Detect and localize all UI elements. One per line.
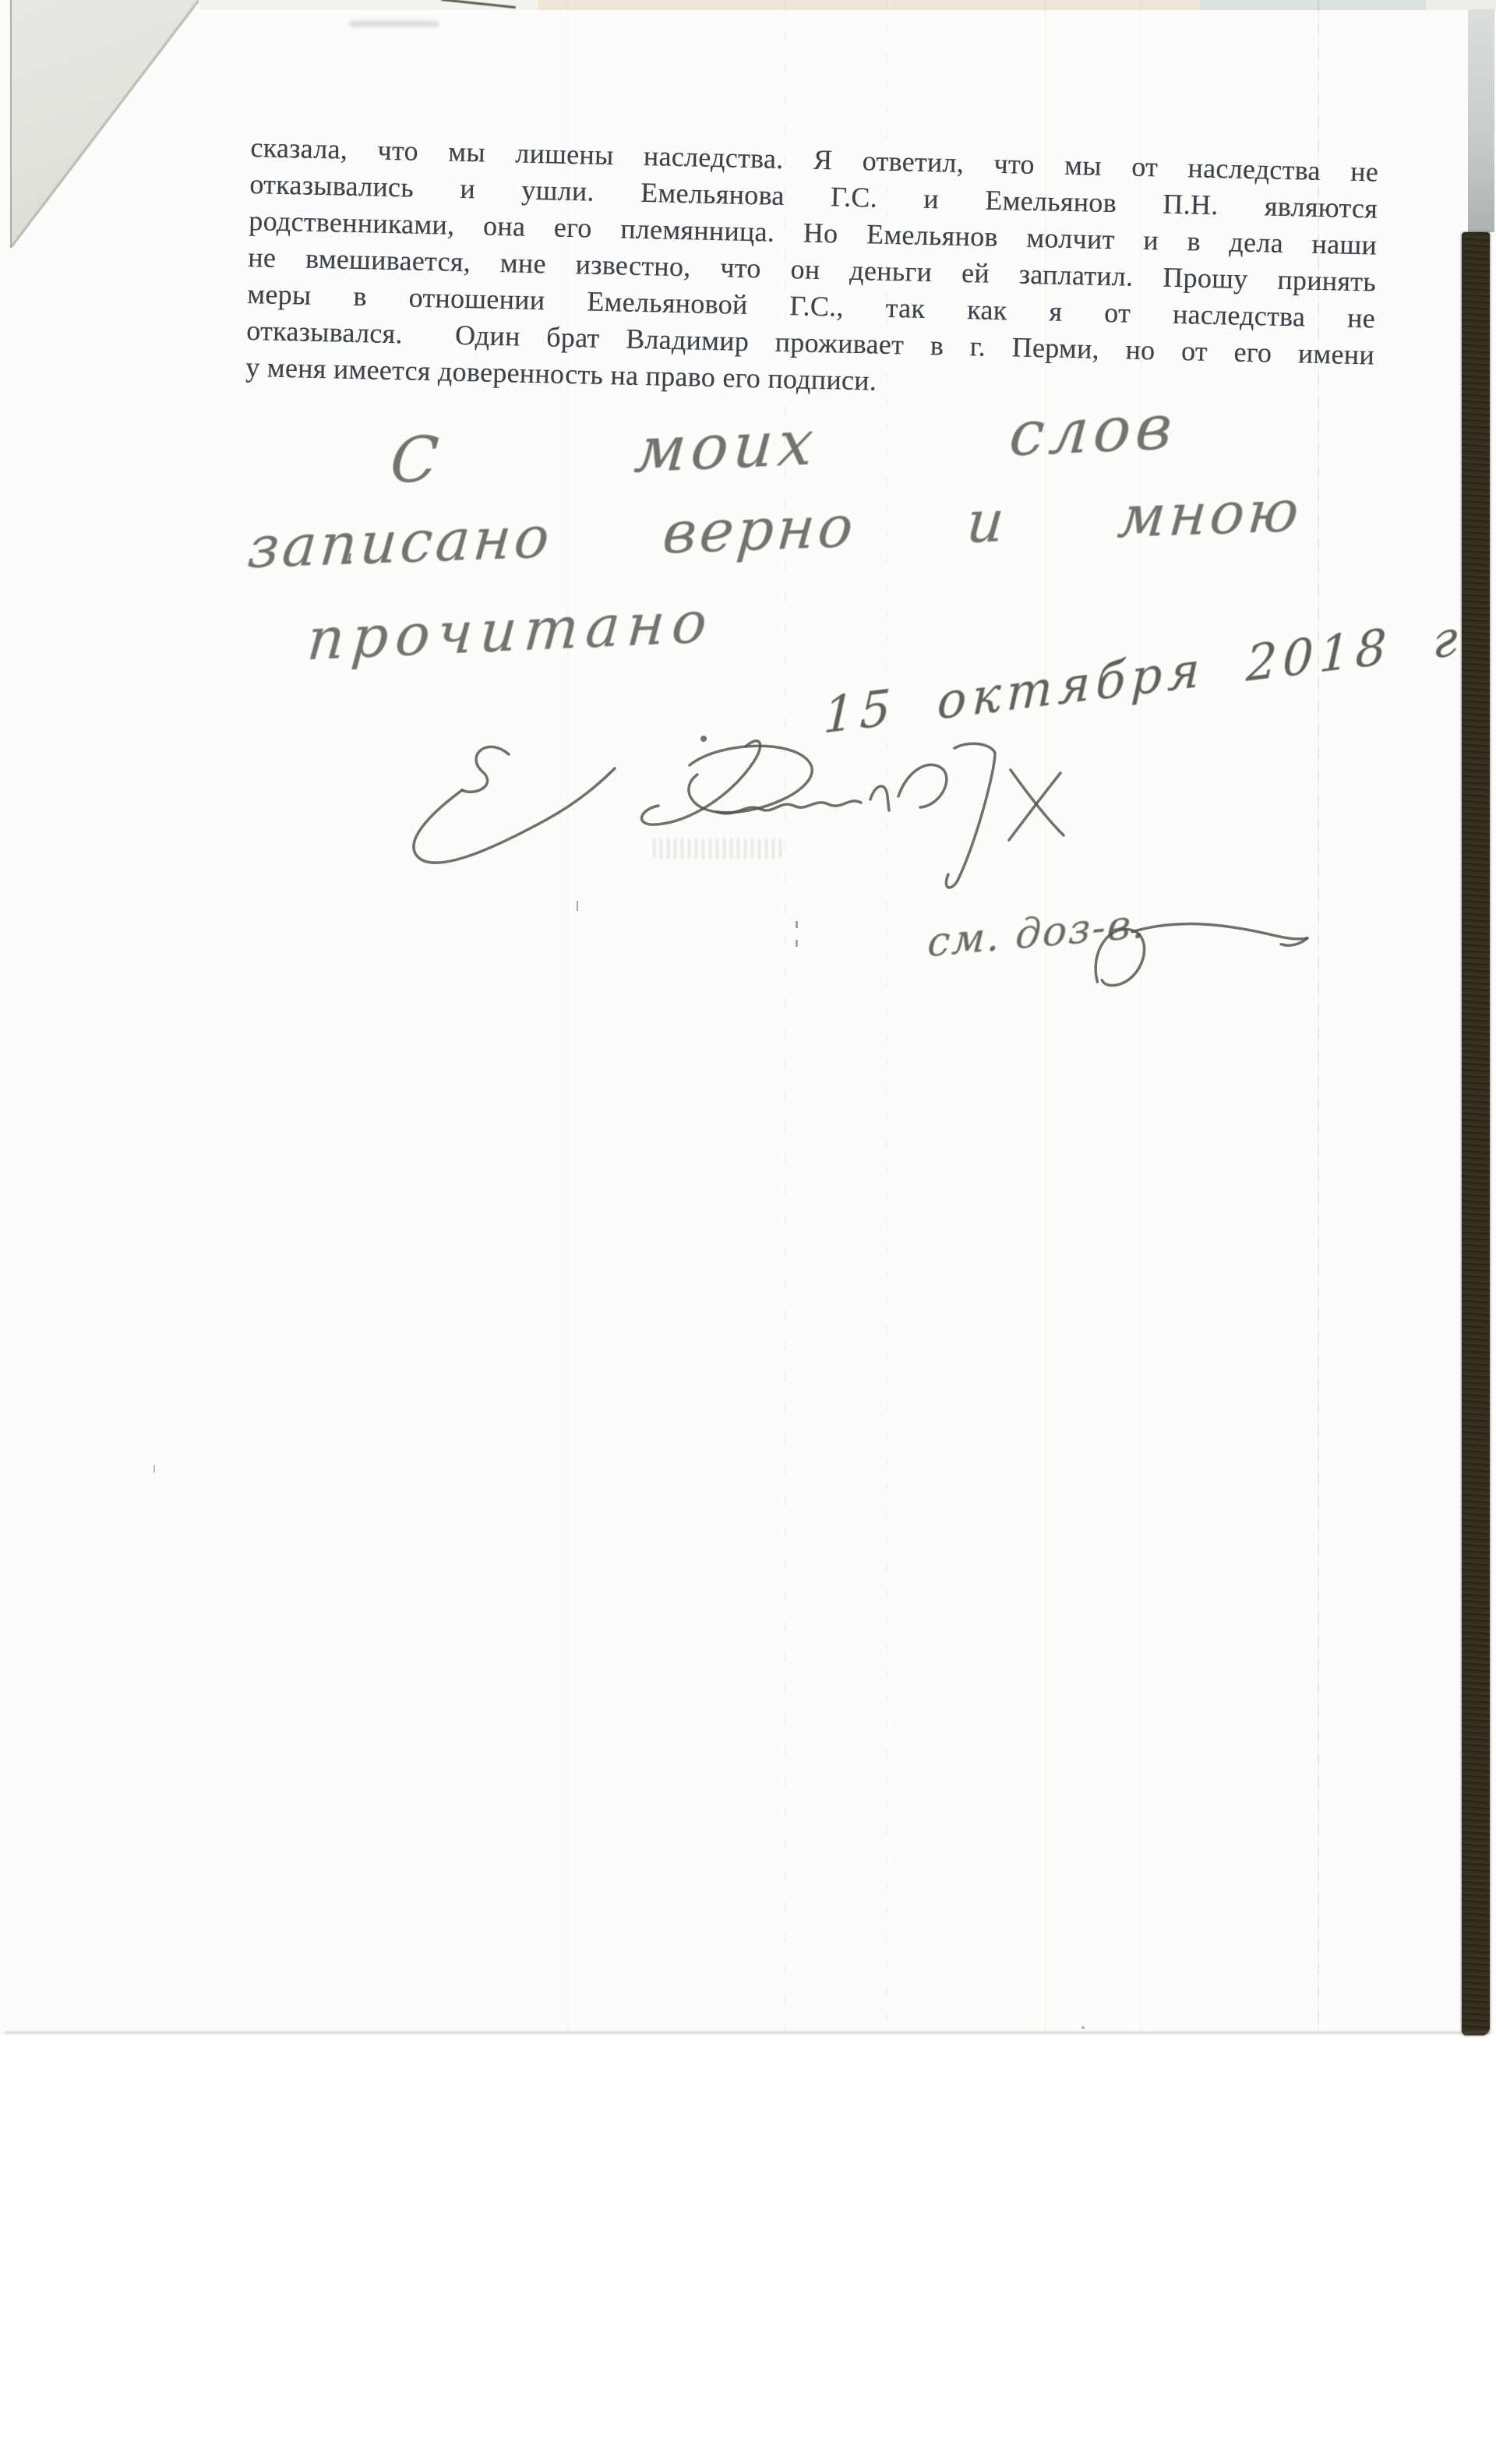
scanned-document-page: сказала, что мы лишены наследства. Я отв…: [0, 0, 1496, 2464]
typed-paragraph: сказала, что мы лишены наследства. Я отв…: [245, 129, 1379, 411]
top-edge-band-cream: [538, 0, 1200, 10]
right-edge-gray-gap: [1468, 9, 1494, 232]
top-edge-smear: [349, 20, 439, 27]
signature: [393, 725, 1095, 912]
scan-speck: [1081, 2026, 1085, 2029]
ink-smudge: [653, 838, 782, 859]
top-edge-band-blue: [1200, 0, 1426, 10]
scan-speck: [796, 921, 798, 928]
scan-speck: [153, 1465, 155, 1473]
scan-speck: [577, 901, 578, 911]
scan-edge-dark-strip: [1462, 232, 1490, 2035]
examiner-paraph: [1067, 905, 1321, 1004]
scan-bottom-edge: [5, 2032, 1491, 2034]
scan-speck: [796, 940, 798, 947]
page-left-edge-line: [10, 0, 12, 248]
